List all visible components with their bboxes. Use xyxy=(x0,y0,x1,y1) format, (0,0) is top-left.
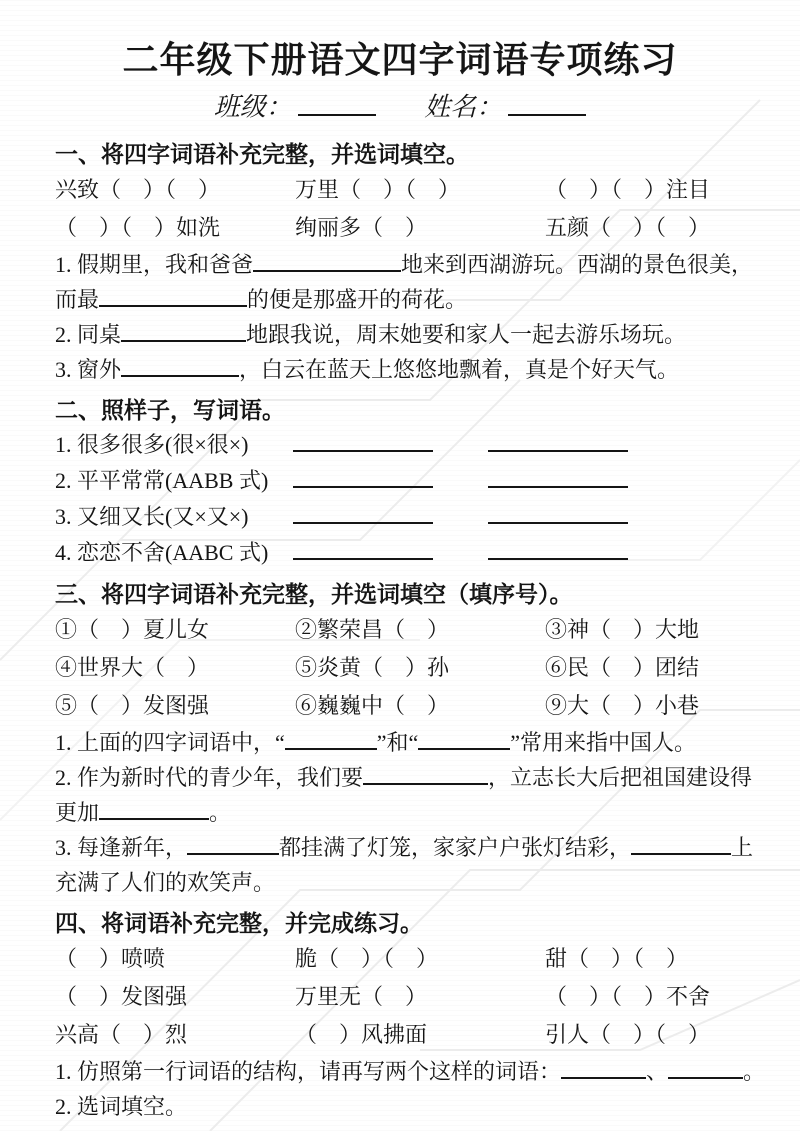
numbered-word-cell[interactable]: ④世界大（ ） xyxy=(55,649,295,687)
question-line: 1. 上面的四字词语中，“”和“”常用来指中国人。 xyxy=(55,725,745,760)
fill-blank[interactable] xyxy=(488,538,628,560)
pattern-word-row: 4. 恋恋不舍(AABC 式) xyxy=(55,535,745,571)
fill-blank[interactable] xyxy=(488,502,628,524)
question-line: 2. 同桌地跟我说，周末她要和家人一起去游乐场玩。 xyxy=(55,317,745,352)
word-cell[interactable]: 五颜（ ）（ ） xyxy=(545,209,745,247)
question-line: 充满了人们的欢笑声。 xyxy=(55,865,745,900)
fill-blank[interactable] xyxy=(187,833,279,855)
page-title: 二年级下册语文四字词语专项练习 xyxy=(55,38,745,81)
section-3-word-grid: ①（ ）夏儿女 ②繁荣昌（ ） ③神（ ）大地 ④世界大（ ） ⑤炎黄（ ）孙 … xyxy=(55,611,745,725)
numbered-word-cell[interactable]: ②繁荣昌（ ） xyxy=(295,611,545,649)
question-line: 2. 作为新时代的青少年，我们要，立志长大后把祖国建设得 xyxy=(55,760,745,795)
fill-blank[interactable] xyxy=(293,466,433,488)
fill-blank[interactable] xyxy=(631,833,731,855)
word-cell[interactable]: （ ）风拂面 xyxy=(295,1016,545,1054)
name-field-blank[interactable] xyxy=(508,89,586,116)
name-field-label: 姓名： xyxy=(424,93,502,122)
word-cell[interactable]: 甜（ ）（ ） xyxy=(545,940,745,978)
numbered-word-cell[interactable]: ⑤炎黄（ ）孙 xyxy=(295,649,545,687)
worksheet-page: 二年级下册语文四字词语专项练习 班级： 姓名： 一、将四字词语补充完整，并选词填… xyxy=(0,38,800,1124)
numbered-word-cell[interactable]: ⑥民（ ）团结 xyxy=(545,649,745,687)
class-field-blank[interactable] xyxy=(298,89,376,116)
word-cell[interactable]: 万里无（ ） xyxy=(295,978,545,1016)
fill-blank[interactable] xyxy=(293,430,433,452)
section-2-heading: 二、照样子，写词语。 xyxy=(55,395,745,425)
word-cell[interactable]: 万里（ ）（ ） xyxy=(295,171,545,209)
fill-blank[interactable] xyxy=(293,502,433,524)
section-3-heading: 三、将四字词语补充完整，并选词填空（填序号）。 xyxy=(55,579,745,609)
pattern-label: 4. 恋恋不舍(AABC 式) xyxy=(55,535,293,571)
word-cell[interactable]: 兴高（ ）烈 xyxy=(55,1016,295,1054)
class-field: 班级： xyxy=(214,89,376,125)
section-4-word-grid: （ ）喷喷 脆（ ）（ ） 甜（ ）（ ） （ ）发图强 万里无（ ） （ ）（… xyxy=(55,940,745,1054)
fill-blank[interactable] xyxy=(561,1057,646,1079)
class-field-label: 班级： xyxy=(214,93,292,122)
pattern-label: 2. 平平常常(AABB 式) xyxy=(55,463,293,499)
word-cell[interactable]: （ ）发图强 xyxy=(55,978,295,1016)
fill-blank[interactable] xyxy=(121,320,246,342)
word-cell[interactable]: （ ）（ ）不舍 xyxy=(545,978,745,1016)
fill-blank[interactable] xyxy=(285,728,377,750)
pattern-word-row: 3. 又细又长(又×又×) xyxy=(55,499,745,535)
student-info-line: 班级： 姓名： xyxy=(55,89,745,125)
numbered-word-cell[interactable]: ⑤（ ）发图强 xyxy=(55,687,295,725)
word-cell[interactable]: （ ）（ ）如洗 xyxy=(55,209,295,247)
fill-blank[interactable] xyxy=(488,430,628,452)
question-line: 更加。 xyxy=(55,795,745,830)
fill-blank[interactable] xyxy=(418,728,510,750)
pattern-word-row: 2. 平平常常(AABB 式) xyxy=(55,463,745,499)
word-cell[interactable]: （ ）（ ）注目 xyxy=(545,171,745,209)
name-field: 姓名： xyxy=(424,89,586,125)
question-line: 1. 假期里，我和爸爸地来到西湖游玩。西湖的景色很美， xyxy=(55,247,745,282)
section-1-word-grid: 兴致（ ）（ ） 万里（ ）（ ） （ ）（ ）注目 （ ）（ ）如洗 绚丽多（… xyxy=(55,171,745,247)
word-cell[interactable]: 绚丽多（ ） xyxy=(295,209,545,247)
fill-blank[interactable] xyxy=(253,250,401,272)
word-cell[interactable]: 脆（ ）（ ） xyxy=(295,940,545,978)
section-4-heading: 四、将词语补充完整，并完成练习。 xyxy=(55,908,745,938)
word-cell[interactable]: （ ）喷喷 xyxy=(55,940,295,978)
numbered-word-cell[interactable]: ①（ ）夏儿女 xyxy=(55,611,295,649)
word-cell[interactable]: 引人（ ）（ ） xyxy=(545,1016,745,1054)
fill-blank[interactable] xyxy=(99,285,247,307)
numbered-word-cell[interactable]: ③神（ ）大地 xyxy=(545,611,745,649)
word-cell[interactable]: 兴致（ ）（ ） xyxy=(55,171,295,209)
fill-blank[interactable] xyxy=(293,538,433,560)
question-line: 3. 窗外，白云在蓝天上悠悠地飘着，真是个好天气。 xyxy=(55,352,745,387)
question-line: 2. 选词填空。 xyxy=(55,1089,745,1124)
question-line: 而最的便是那盛开的荷花。 xyxy=(55,282,745,317)
pattern-label: 1. 很多很多(很×很×) xyxy=(55,427,293,463)
fill-blank[interactable] xyxy=(363,763,488,785)
pattern-word-row: 1. 很多很多(很×很×) xyxy=(55,427,745,463)
fill-blank[interactable] xyxy=(668,1057,743,1079)
question-line: 3. 每逢新年，都挂满了灯笼，家家户户张灯结彩，上 xyxy=(55,830,745,865)
question-line: 1. 仿照第一行词语的结构，请再写两个这样的词语：、。 xyxy=(55,1054,745,1089)
fill-blank[interactable] xyxy=(99,798,209,820)
pattern-label: 3. 又细又长(又×又×) xyxy=(55,499,293,535)
numbered-word-cell[interactable]: ⑨大（ ）小巷 xyxy=(545,687,745,725)
fill-blank[interactable] xyxy=(488,466,628,488)
fill-blank[interactable] xyxy=(121,355,239,377)
section-1-heading: 一、将四字词语补充完整，并选词填空。 xyxy=(55,139,745,169)
numbered-word-cell[interactable]: ⑥巍巍中（ ） xyxy=(295,687,545,725)
